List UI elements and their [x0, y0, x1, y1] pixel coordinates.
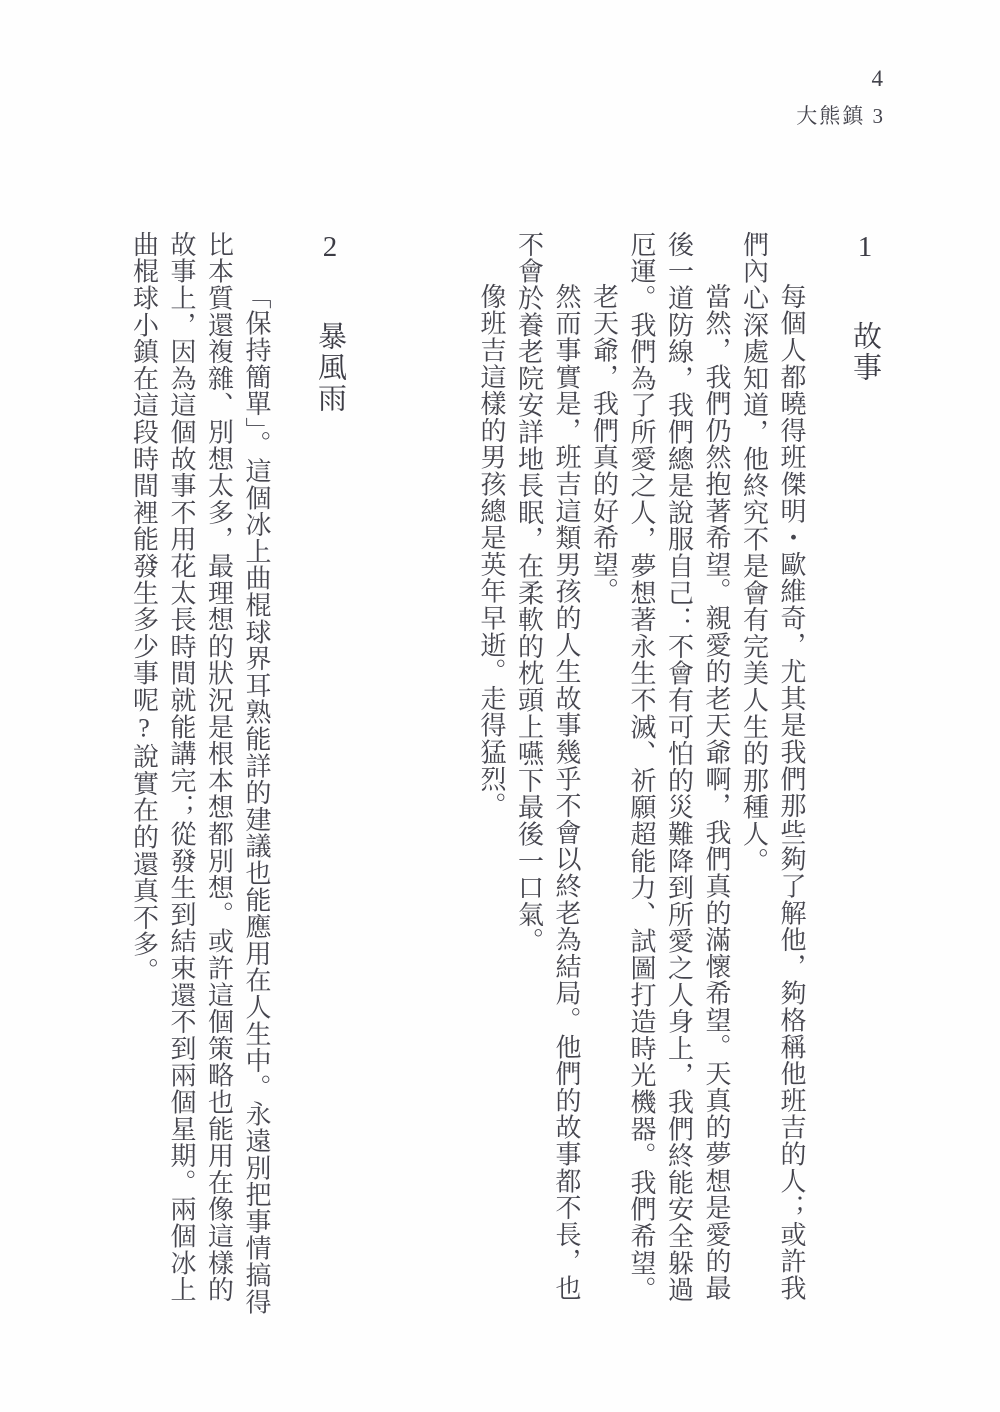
running-title: 大熊鎮 3: [796, 100, 885, 130]
chapter-1-paragraph-1: 每個人都曉得班傑明・歐維奇，尤其是我們那些夠了解他，夠格稱他班吉的人；或許我們內…: [735, 231, 810, 1323]
page-number: 4: [872, 66, 885, 92]
chapter-1-paragraph-3: 老天爺，我們真的好希望。: [585, 231, 623, 1323]
book-page: 4 大熊鎮 3 1 故事 每個人都曉得班傑明・歐維奇，尤其是我們那些夠了解他，夠…: [0, 0, 1000, 1412]
chapter-2: 2 暴風雨 「保持簡單」。這個冰上曲棍球界耳熟能詳的建議也能應用在人生中。永遠別…: [125, 231, 349, 1323]
chapter-1-number: 1: [849, 231, 881, 265]
chapter-2-number: 2: [314, 231, 346, 265]
chapter-1-paragraph-2: 當然，我們仍然抱著希望。親愛的老天爺啊，我們真的滿懷希望。天真的夢想是愛的最後一…: [623, 231, 736, 1323]
chapter-1-paragraph-5: 像班吉這樣的男孩總是英年早逝。走得猛烈。: [473, 231, 511, 1323]
chapter-1-paragraph-4: 然而事實是，班吉這類男孩的人生故事幾乎不會以終老為結局。他們的故事都不長，也不會…: [510, 231, 585, 1323]
chapter-1-heading: 1 故事: [846, 231, 884, 1323]
chapter-2-paragraph-1: 「保持簡單」。這個冰上曲棍球界耳熟能詳的建議也能應用在人生中。永遠別把事情搞得比…: [125, 231, 275, 1323]
chapter-2-title: 暴風雨: [314, 321, 346, 414]
chapter-1-title: 故事: [849, 321, 881, 383]
chapter-1: 1 故事 每個人都曉得班傑明・歐維奇，尤其是我們那些夠了解他，夠格稱他班吉的人；…: [473, 231, 885, 1323]
chapter-2-heading: 2 暴風雨: [311, 231, 349, 1323]
